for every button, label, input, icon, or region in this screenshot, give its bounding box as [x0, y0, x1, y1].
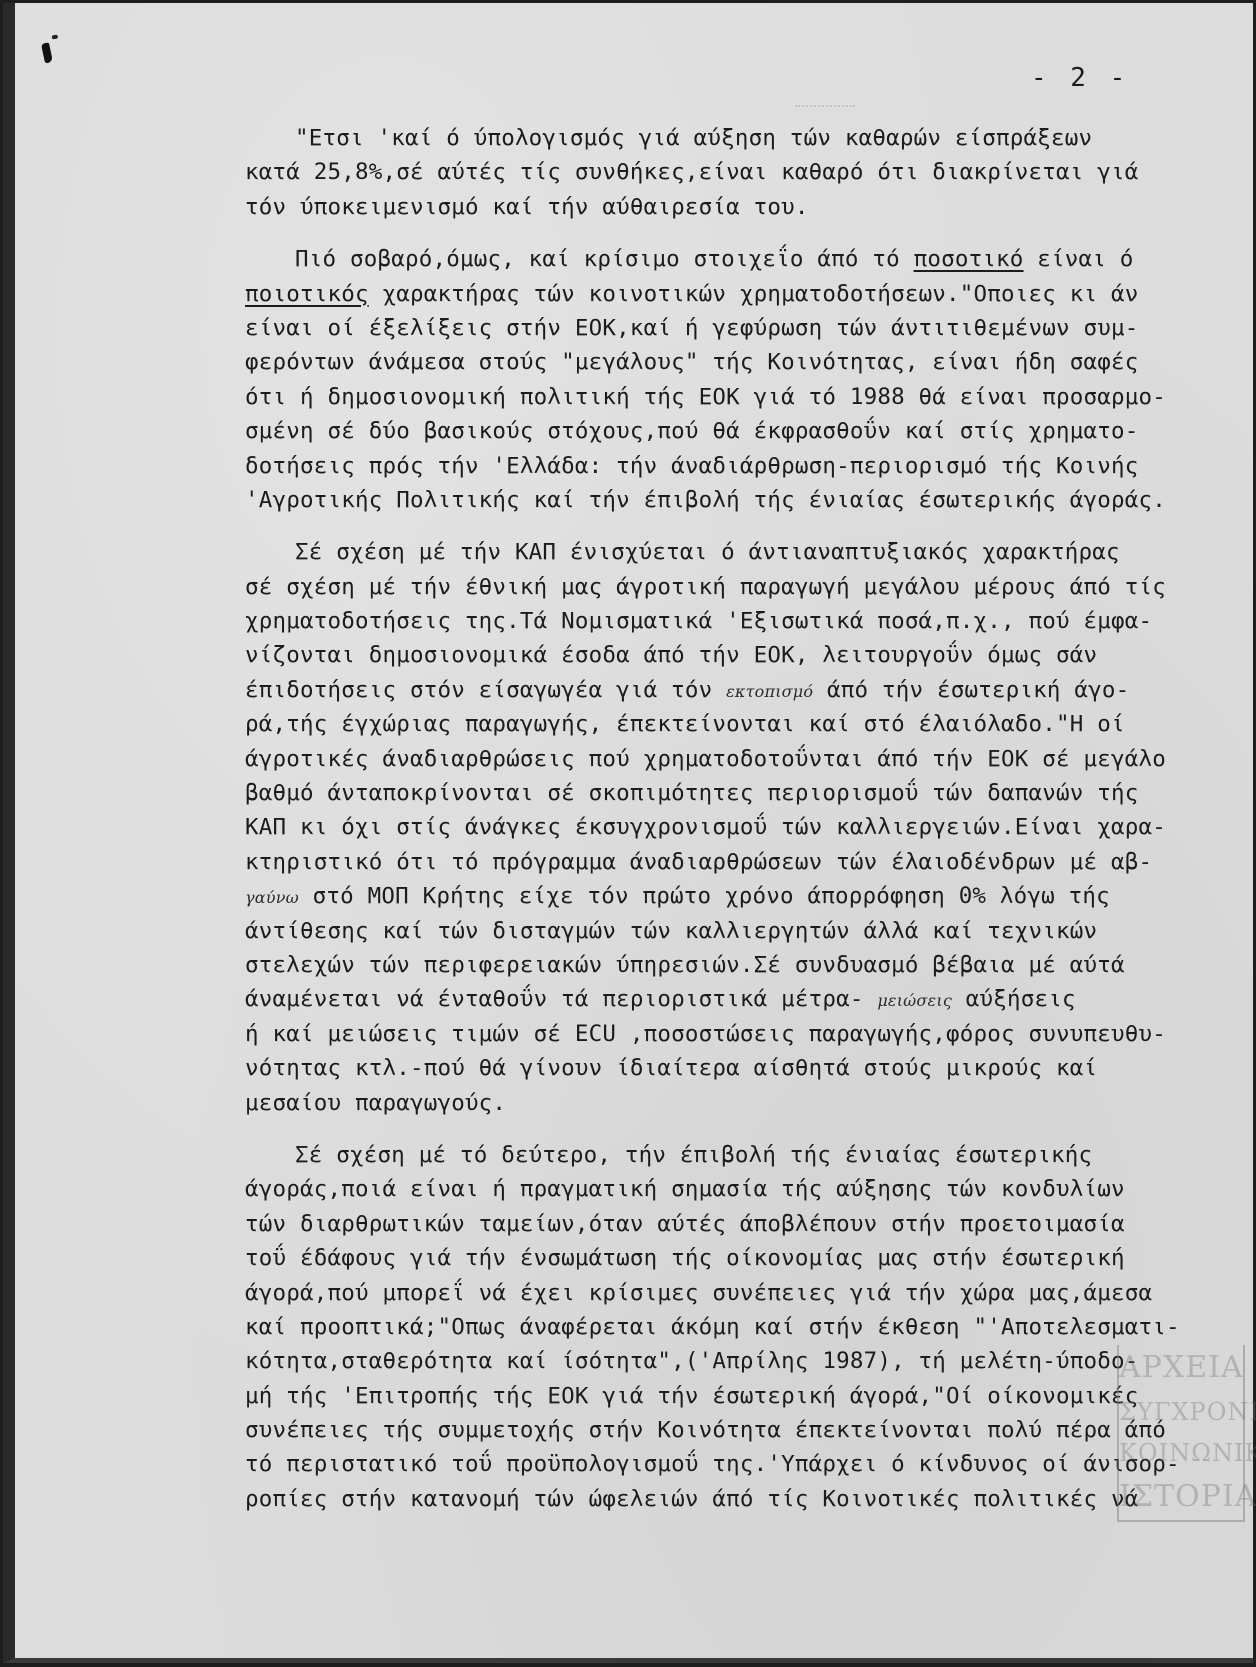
- text-line: γαύνω στό ΜΟΠ Κρήτης είχε τόν πρώτο χρόν…: [245, 879, 1245, 913]
- text-line: ρά,τής έγχώριας παραγωγής, έπεκτείνονται…: [245, 707, 1245, 741]
- text-line: άγοράς,ποιά είναι ή πραγματική σημασία τ…: [245, 1172, 1245, 1206]
- text-line: ή καί μειώσεις τιμών σέ ECU ,ποσοστώσεις…: [245, 1017, 1245, 1051]
- paragraph-gap: [245, 517, 1245, 535]
- text-line: ροπίες στήν κατανομή τών ώφελειών άπό τί…: [245, 1482, 1245, 1516]
- text-line: σμένη σέ δύο βασικούς στόχους,πού θά έκφ…: [245, 414, 1245, 448]
- page-number: - 2 -: [1031, 63, 1129, 93]
- text-line: ότι ή δημοσιονομική πολιτική τής ΕΟΚ γιά…: [245, 380, 1245, 414]
- text-line: βαθμό άνταποκρίνονται σέ σκοπιμότητες πε…: [245, 776, 1245, 810]
- text-line: δοτήσεις πρός τήν 'Ελλάδα: τήν άναδιάρθρ…: [245, 449, 1245, 483]
- paragraph: Σέ σχέση μέ τήν ΚΑΠ ένισχύεται ό άντιανα…: [245, 535, 1245, 1120]
- text-line: άντίθεσης καί τών δισταγμών τών καλλιεργ…: [245, 914, 1245, 948]
- text-line: άγροτικές άναδιαρθρώσεις πού χρηματοδοτο…: [245, 742, 1245, 776]
- paragraph-gap: [245, 1120, 1245, 1138]
- text-line: κότητα,σταθερότητα καί ίσότητα",('Απρίλη…: [245, 1344, 1245, 1378]
- text-line: σέ σχέση μέ τήν έθνική μας άγροτική παρα…: [245, 570, 1245, 604]
- text-line: στελεχών τών περιφερειακών ύπηρεσιών.Σέ …: [245, 948, 1245, 982]
- text-line: κτηριστικό ότι τό πρόγραμμα άναδιαρθρώσε…: [245, 845, 1245, 879]
- typewritten-body: "Ετσι 'καί ό ύπολογισμός γιά αύξηση τών …: [245, 121, 1245, 1516]
- text-line: άγορά,πού μπορεΐ νά έχει κρίσιμες συνέπε…: [245, 1276, 1245, 1310]
- text-line: Σέ σχέση μέ τό δεύτερο, τήν έπιβολή τής …: [245, 1138, 1245, 1172]
- text-line: κατά 25,8%,σέ αύτές τίς συνθήκες,είναι κ…: [245, 155, 1245, 189]
- text-line: τοΰ έδάφους γιά τήν ένσωμάτωση τής οίκον…: [245, 1241, 1245, 1275]
- text-line: καί προοπτικά;"Οπως άναφέρεται άκόμη καί…: [245, 1310, 1245, 1344]
- text-line: "Ετσι 'καί ό ύπολογισμός γιά αύξηση τών …: [245, 121, 1245, 155]
- text-line: τών διαρθρωτικών ταμείων,όταν αύτές άποβ…: [245, 1207, 1245, 1241]
- handwritten-insertion: εκτοπισμό: [726, 682, 813, 701]
- text-line: ΚΑΠ κι όχι στίς άνάγκες έκσυγχρονισμοΰ τ…: [245, 810, 1245, 844]
- text-line: μεσαίου παραγωγούς.: [245, 1086, 1245, 1120]
- text-line: είναι οί έξελίξεις στήν ΕΟΚ,καί ή γεφύρω…: [245, 311, 1245, 345]
- text-line: φερόντων άνάμεσα στούς "μεγάλους" τής Κο…: [245, 345, 1245, 379]
- ink-mark: [41, 42, 53, 63]
- paragraph-gap: [245, 224, 1245, 242]
- text-line: συνέπειες τής συμμετοχής στήν Κοινότητα …: [245, 1413, 1245, 1447]
- text-line: άναμένεται νά ένταθοΰν τά περιοριστικά μ…: [245, 982, 1245, 1016]
- text-line: ποιοτικός χαρακτήρας τών κοινοτικών χρημ…: [245, 277, 1245, 311]
- paragraph: "Ετσι 'καί ό ύπολογισμός γιά αύξηση τών …: [245, 121, 1245, 224]
- handwritten-insertion: μειώσεις: [877, 991, 952, 1010]
- underlined-word: ποιοτικός: [245, 281, 369, 307]
- text-line: νότητας κτλ.-πού θά γίνουν ίδιαίτερα αίσ…: [245, 1051, 1245, 1085]
- text-line: 'Αγροτικής Πολιτικής καί τήν έπιβολή τής…: [245, 483, 1245, 517]
- text-line: τό περιστατικό τοΰ προϋπολογισμοΰ της.'Υ…: [245, 1447, 1245, 1481]
- paragraph: Πιό σοβαρό,όμως, καί κρίσιμο στοιχεΐο άπ…: [245, 242, 1245, 517]
- text-line: τόν ύποκειμενισμό καί τήν αύθαιρεσία του…: [245, 190, 1245, 224]
- text-line: χρηματοδοτήσεις της.Τά Νομισματικά 'Εξισ…: [245, 604, 1245, 638]
- paragraph: Σέ σχέση μέ τό δεύτερο, τήν έπιβολή τής …: [245, 1138, 1245, 1516]
- document-page: - 2 - "Ετσι 'καί ό ύπολογισμός γιά αύξησ…: [3, 3, 1253, 1663]
- text-line: έπιδοτήσεις στόν είσαγωγέα γιά τόν εκτοπ…: [245, 673, 1245, 707]
- text-line: νίζονται δημοσιονομικά έσοδα άπό τήν ΕΟΚ…: [245, 638, 1245, 672]
- faint-stamp-mark: [795, 91, 855, 107]
- text-line: Σέ σχέση μέ τήν ΚΑΠ ένισχύεται ό άντιανα…: [245, 535, 1245, 569]
- text-line: μή τής 'Επιτροπής τής ΕΟΚ γιά τήν έσωτερ…: [245, 1379, 1245, 1413]
- text-line: Πιό σοβαρό,όμως, καί κρίσιμο στοιχεΐο άπ…: [245, 242, 1245, 276]
- underlined-word: ποσοτικό: [914, 246, 1024, 272]
- handwritten-insertion: γαύνω: [245, 888, 299, 907]
